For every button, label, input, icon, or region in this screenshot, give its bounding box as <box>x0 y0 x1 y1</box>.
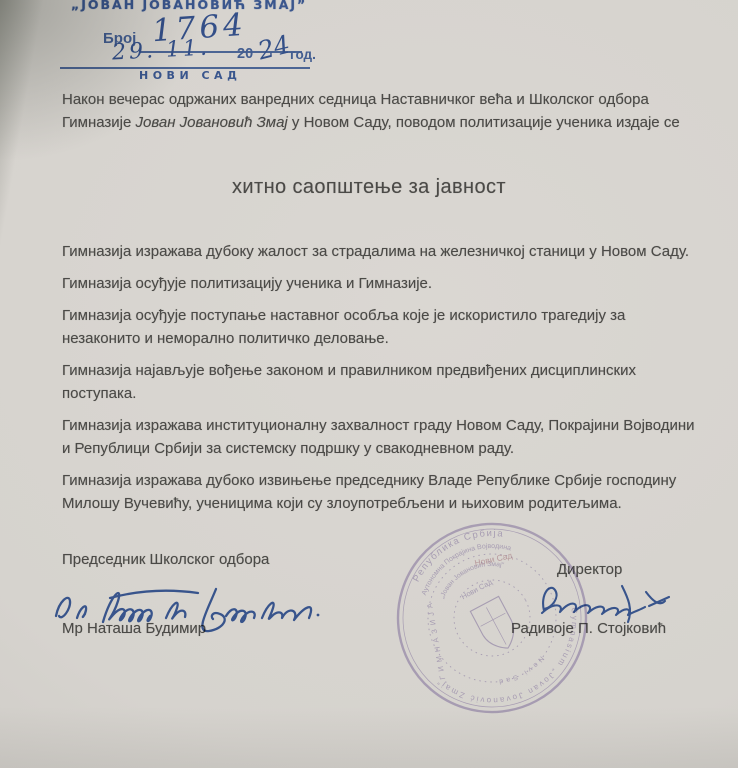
document-page: „ЈОВАН ЈОВАНОВИЋ ЗМАЈ” Број 1764 29. 11.… <box>0 0 738 768</box>
paragraph-1-line-1: Гимназија изражава дубоку жалост за стра… <box>62 240 695 263</box>
paragraph-3: Гимназија осуђује поступање наставног ос… <box>62 304 695 350</box>
seal-city-text: Нови Сад <box>460 577 495 601</box>
paragraph-4-line-1: Гимназија најављује вођење законом и пра… <box>62 359 695 382</box>
round-seal-stamp: Република Србија Аутономна Покрајина Вој… <box>372 498 612 738</box>
seal-latin-name-text: Gymnasium „Jovan Jovanović Zmaj” <box>433 604 605 733</box>
intro-school-name-italic: Јован Јовановић Змај <box>136 114 288 131</box>
seal-gymnasium-radial-text: Г И М Н А З И Ј А <box>425 601 447 680</box>
left-handwritten-signature <box>46 572 326 636</box>
letterhead-year-prefix: 20 <box>237 46 253 62</box>
intro-line-1: Након вечерас одржаних ванредних седница… <box>62 88 680 111</box>
paragraph-3-line-2: незаконито и неморално политичко деловањ… <box>62 327 695 350</box>
letterhead-year-label: год. <box>290 47 316 62</box>
letterhead-stamp: „ЈОВАН ЈОВАНОВИЋ ЗМАЈ” Број 1764 29. 11.… <box>0 0 360 90</box>
left-signature-role: Председник Школског одбора <box>62 551 269 568</box>
paragraph-1: Гимназија изражава дубоку жалост за стра… <box>62 240 695 263</box>
paragraph-4-line-2: поступака. <box>62 382 695 405</box>
intro-line-2: Гимназије Јован Јовановић Змај у Новом С… <box>62 111 680 134</box>
intro-paragraph: Након вечерас одржаних ванредних седница… <box>62 88 680 134</box>
intro-line2-post: у Новом Саду, поводом политизације учени… <box>288 114 680 131</box>
paragraph-2-line-1: Гимназија осуђује политизацију ученика и… <box>62 272 695 295</box>
paragraph-5-line-2: и Републици Србији за системску подршку … <box>62 437 695 460</box>
paragraph-5: Гимназија изражава институционалну захва… <box>62 414 695 460</box>
letterhead-date-handwritten: 29. 11. <box>111 35 210 65</box>
body-paragraphs: Гимназија изражава дубоку жалост за стра… <box>62 240 695 524</box>
letterhead-year-handwritten: 24 <box>255 30 293 66</box>
intro-line2-pre: Гимназије <box>62 114 136 131</box>
paragraph-3-line-1: Гимназија осуђује поступање наставног ос… <box>62 304 695 327</box>
paragraph-5-line-1: Гимназија изражава институционалну захва… <box>62 414 695 437</box>
paragraph-6-line-1: Гимназија изражава дубоко извињење предс… <box>62 469 695 492</box>
letterhead-city: НОВИ САД <box>139 69 241 82</box>
paragraph-4: Гимназија најављује вођење законом и пра… <box>62 359 695 405</box>
svg-text:Gymnasium „Jovan Jovanović Zma: Gymnasium „Jovan Jovanović Zmaj” <box>433 604 605 733</box>
document-headline: хитно саопштење за јавност <box>0 176 738 199</box>
paragraph-2: Гимназија осуђује политизацију ученика и… <box>62 272 695 295</box>
